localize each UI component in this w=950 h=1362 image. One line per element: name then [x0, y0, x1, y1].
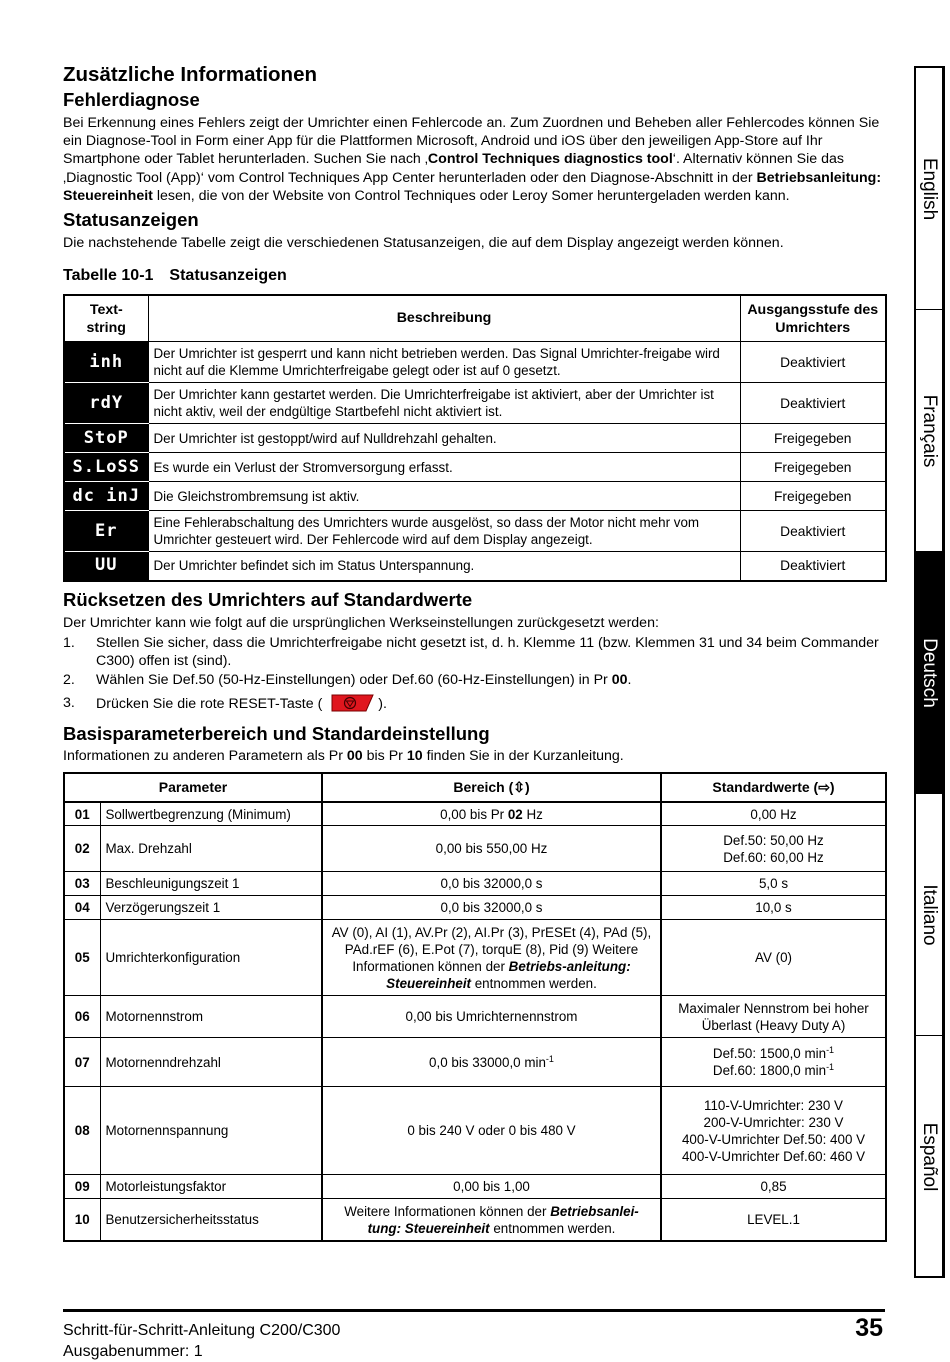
- parameter-number: 03: [64, 872, 100, 896]
- language-tab-label: Deutsch: [918, 638, 940, 708]
- status-code: UU: [64, 552, 148, 581]
- parameter-row: 09Motorleistungsfaktor0,00 bis 1,000,85: [64, 1175, 886, 1199]
- parameter-table: Parameter Bereich (⇳) Standardwerte (⇨) …: [63, 772, 887, 1242]
- status-row: S.LoSSEs wurde ein Verlust der Stromvers…: [64, 453, 886, 482]
- language-tab-francais[interactable]: Français: [916, 310, 942, 552]
- reset-intro: Der Umrichter kann wie folgt auf die urs…: [63, 614, 885, 632]
- parameter-row: 01Sollwertbegrenzung (Minimum)0,00 bis P…: [64, 802, 886, 826]
- status-code: rdY: [64, 383, 148, 424]
- reset-step-1: 1.Stellen Sie sicher, dass die Umrichter…: [63, 634, 885, 670]
- reset-step-3: 3.Drücken Sie die rote RESET-Taste ( ).: [63, 694, 885, 713]
- language-tab-label: Français: [918, 394, 940, 467]
- header-ausgangsstufe: Ausgangsstufe des Umrichters: [740, 295, 886, 342]
- parameter-default: 0,00 Hz: [661, 802, 886, 826]
- parameter-default: Maximaler Nennstrom bei hoher Überlast (…: [661, 996, 886, 1038]
- language-tab-english[interactable]: English: [916, 68, 942, 310]
- parameter-number: 08: [64, 1087, 100, 1175]
- language-tab-italiano[interactable]: Italiano: [916, 794, 942, 1036]
- parameter-number: 06: [64, 996, 100, 1038]
- parameter-default: LEVEL.1: [661, 1199, 886, 1241]
- parameter-row: 10BenutzersicherheitsstatusWeitere Infor…: [64, 1199, 886, 1241]
- parameter-default: AV (0): [661, 920, 886, 996]
- parameter-name: Max. Drehzahl: [100, 826, 322, 872]
- parameter-row: 04Verzögerungszeit 10,0 bis 32000,0 s10,…: [64, 896, 886, 920]
- parameter-row: 08Motornennspannung0 bis 240 V oder 0 bi…: [64, 1087, 886, 1175]
- section-heading-zusaetzliche-informationen: Zusätzliche Informationen: [63, 62, 885, 88]
- status-output: Freigegeben: [740, 482, 886, 511]
- parameter-row: 06Motornennstrom0,00 bis Umrichternennst…: [64, 996, 886, 1038]
- parameter-name: Motornennspannung: [100, 1087, 322, 1175]
- parameter-name: Sollwertbegrenzung (Minimum): [100, 802, 322, 826]
- parameter-range: 0 bis 240 V oder 0 bis 480 V: [322, 1087, 661, 1175]
- status-output: Deaktiviert: [740, 552, 886, 581]
- parameter-row: 07Motornenndrehzahl0,0 bis 33000,0 min-1…: [64, 1038, 886, 1087]
- status-code: inh: [64, 342, 148, 383]
- parameter-range: 0,00 bis 550,00 Hz: [322, 826, 661, 872]
- parameter-range: 0,0 bis 33000,0 min-1: [322, 1038, 661, 1087]
- parameter-range: 0,0 bis 32000,0 s: [322, 872, 661, 896]
- parameter-range: 0,00 bis Pr 02 Hz: [322, 802, 661, 826]
- reset-key-icon: [330, 694, 374, 712]
- language-tab-label: English: [918, 157, 940, 219]
- status-row: ErEine Fehlerabschaltung des Umrichters …: [64, 511, 886, 552]
- status-row: inhDer Umrichter ist gesperrt und kann n…: [64, 342, 886, 383]
- language-tab-espanol[interactable]: Español: [916, 1036, 942, 1278]
- status-code: dc inJ: [64, 482, 148, 511]
- parameter-name: Benutzersicherheitsstatus: [100, 1199, 322, 1241]
- status-output: Freigegeben: [740, 453, 886, 482]
- status-row: rdYDer Umrichter kann gestartet werden. …: [64, 383, 886, 424]
- footer-issue: Ausgabenummer: 1: [63, 1341, 340, 1362]
- parameter-number: 04: [64, 896, 100, 920]
- parameter-row: 03Beschleunigungszeit 10,0 bis 32000,0 s…: [64, 872, 886, 896]
- table-caption-status: Tabelle 10-1Statusanzeigen: [63, 266, 885, 286]
- status-description: Der Umrichter ist gestoppt/wird auf Null…: [148, 424, 740, 453]
- parameter-default: Def.50: 1500,0 min-1Def.60: 1800,0 min-1: [661, 1038, 886, 1087]
- status-output: Deaktiviert: [740, 342, 886, 383]
- parameter-default: 110-V-Umrichter: 230 V200-V-Umrichter: 2…: [661, 1087, 886, 1175]
- language-tab-label: Italiano: [918, 884, 940, 945]
- heading-statusanzeigen: Statusanzeigen: [63, 208, 885, 232]
- status-description: Eine Fehlerabschaltung des Umrichters wu…: [148, 511, 740, 552]
- parameter-default: Def.50: 50,00 HzDef.60: 60,00 Hz: [661, 826, 886, 872]
- footer-title: Schritt-für-Schritt-Anleitung C200/C300: [63, 1320, 340, 1341]
- parameter-number: 10: [64, 1199, 100, 1241]
- status-row: dc inJDie Gleichstrombremsung ist aktiv.…: [64, 482, 886, 511]
- header-standardwerte: Standardwerte (⇨): [661, 773, 886, 802]
- parameter-default: 0,85: [661, 1175, 886, 1199]
- status-row: UUDer Umrichter befindet sich im Status …: [64, 552, 886, 581]
- reset-step-2: 2.Wählen Sie Def.50 (50-Hz-Einstellungen…: [63, 671, 885, 689]
- header-textstring: Text- string: [64, 295, 148, 342]
- status-code: StoP: [64, 424, 148, 453]
- parameter-number: 01: [64, 802, 100, 826]
- status-description: Der Umrichter kann gestartet werden. Die…: [148, 383, 740, 424]
- status-output: Freigegeben: [740, 424, 886, 453]
- status-description: Es wurde ein Verlust der Stromversorgung…: [148, 453, 740, 482]
- header-parameter: Parameter: [64, 773, 322, 802]
- parameter-row: 02Max. Drehzahl0,00 bis 550,00 HzDef.50:…: [64, 826, 886, 872]
- parameter-range: AV (0), AI (1), AV.Pr (2), AI.Pr (3), Pr…: [322, 920, 661, 996]
- status-code: Er: [64, 511, 148, 552]
- status-output: Deaktiviert: [740, 511, 886, 552]
- parameter-default: 5,0 s: [661, 872, 886, 896]
- parameter-name: Beschleunigungszeit 1: [100, 872, 322, 896]
- status-row: StoPDer Umrichter ist gestoppt/wird auf …: [64, 424, 886, 453]
- header-bereich: Bereich (⇳): [322, 773, 661, 802]
- parameter-range: 0,0 bis 32000,0 s: [322, 896, 661, 920]
- language-tabs: EnglishFrançaisDeutschItalianoEspañol: [914, 66, 945, 1278]
- language-tab-deutsch[interactable]: Deutsch: [916, 552, 942, 794]
- parameter-name: Motorleistungsfaktor: [100, 1175, 322, 1199]
- parameter-name: Motornenndrehzahl: [100, 1038, 322, 1087]
- footer-rule: [63, 1309, 885, 1312]
- footer-doc-info: Schritt-für-Schritt-Anleitung C200/C300 …: [63, 1320, 340, 1362]
- reset-steps: 1.Stellen Sie sicher, dass die Umrichter…: [63, 634, 885, 713]
- parameter-default: 10,0 s: [661, 896, 886, 920]
- fehlerdiagnose-paragraph: Bei Erkennung eines Fehlers zeigt der Um…: [63, 114, 885, 205]
- heading-reset: Rücksetzen des Umrichters auf Standardwe…: [63, 588, 885, 612]
- parameter-number: 09: [64, 1175, 100, 1199]
- statusanzeigen-intro: Die nachstehende Tabelle zeigt die versc…: [63, 234, 885, 252]
- status-description: Der Umrichter befindet sich im Status Un…: [148, 552, 740, 581]
- basis-intro: Informationen zu anderen Parametern als …: [63, 747, 885, 765]
- language-tab-label: Español: [918, 1123, 940, 1192]
- status-code: S.LoSS: [64, 453, 148, 482]
- heading-basisparameter: Basisparameterbereich und Standardeinste…: [63, 722, 885, 746]
- status-output: Deaktiviert: [740, 383, 886, 424]
- heading-fehlerdiagnose: Fehlerdiagnose: [63, 88, 885, 112]
- status-description: Der Umrichter ist gesperrt und kann nich…: [148, 342, 740, 383]
- page-number: 35: [855, 1314, 883, 1343]
- parameter-name: Motornennstrom: [100, 996, 322, 1038]
- parameter-name: Umrichterkonfiguration: [100, 920, 322, 996]
- header-beschreibung: Beschreibung: [148, 295, 740, 342]
- page-content: Zusätzliche Informationen Fehlerdiagnose…: [63, 62, 885, 1242]
- parameter-number: 07: [64, 1038, 100, 1087]
- status-table: Text- string Beschreibung Ausgangsstufe …: [63, 294, 887, 582]
- parameter-number: 02: [64, 826, 100, 872]
- parameter-range: 0,00 bis Umrichternennstrom: [322, 996, 661, 1038]
- parameter-range: Weitere Informationen können der Betrieb…: [322, 1199, 661, 1241]
- parameter-name: Verzögerungszeit 1: [100, 896, 322, 920]
- parameter-row: 05UmrichterkonfigurationAV (0), AI (1), …: [64, 920, 886, 996]
- parameter-range: 0,00 bis 1,00: [322, 1175, 661, 1199]
- status-description: Die Gleichstrombremsung ist aktiv.: [148, 482, 740, 511]
- parameter-number: 05: [64, 920, 100, 996]
